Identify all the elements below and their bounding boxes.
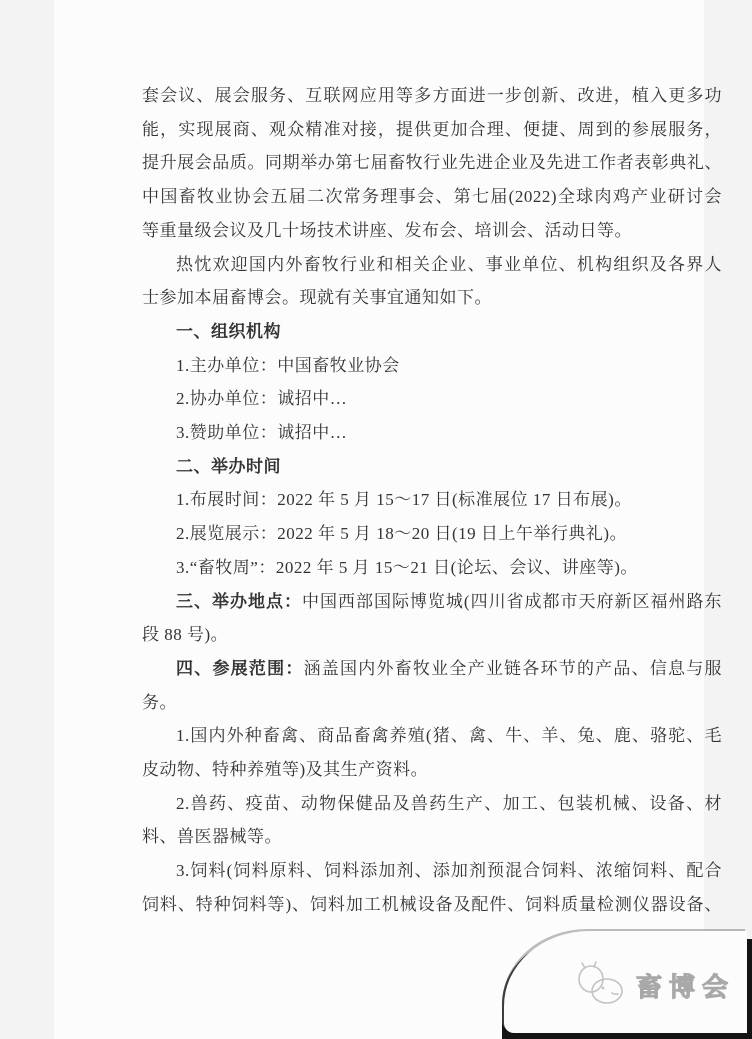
line-heading: 二、举办时间	[176, 457, 281, 476]
document-line: 三、举办地点：中国西部国际博览城(四川省成都市天府新区福州路东	[142, 585, 722, 619]
document-line: 1.国内外种畜禽、商品畜禽养殖(猪、禽、牛、羊、兔、鹿、骆驼、毛	[142, 719, 722, 753]
document-line: 3.赞助单位：诚招中…	[142, 416, 722, 450]
watermark-text: 畜博会	[636, 967, 735, 1004]
page-curl-watermark: 畜博会	[502, 939, 752, 1039]
document-line: 2.展览展示：2022 年 5 月 18～20 日(19 日上午举行典礼)。	[142, 517, 722, 551]
document-line: 中国畜牧业协会五届二次常务理事会、第七届(2022)全球肉鸡产业研讨会	[142, 180, 722, 214]
document-line: 务。	[142, 686, 722, 720]
line-heading: 四、参展范围：	[176, 659, 304, 678]
document-body: 套会议、展会服务、互联网应用等多方面进一步创新、改进，植入更多功能，实现展商、观…	[142, 79, 722, 922]
document-line: 热忱欢迎国内外畜牧行业和相关企业、事业单位、机构组织及各界人	[142, 248, 722, 282]
document-line: 一、组织机构	[142, 315, 722, 349]
document-line: 1.主办单位：中国畜牧业协会	[142, 349, 722, 383]
watermark-card: 畜博会	[504, 931, 747, 1033]
document-line: 3.饲料(饲料原料、饲料添加剂、添加剂预混合饲料、浓缩饲料、配合	[142, 854, 722, 888]
document-line: 1.布展时间：2022 年 5 月 15～17 日(标准展位 17 日布展)。	[142, 483, 722, 517]
document-line: 料、兽医器械等。	[142, 820, 722, 854]
document-line: 四、参展范围：涵盖国内外畜牧业全产业链各环节的产品、信息与服	[142, 652, 722, 686]
document-line: 等重量级会议及几十场技术讲座、发布会、培训会、活动日等。	[142, 214, 722, 248]
document-line: 皮动物、特种养殖等)及其生产资料。	[142, 753, 722, 787]
document-line: 士参加本届畜博会。现就有关事宜通知如下。	[142, 281, 722, 315]
document-line: 提升展会品质。同期举办第七届畜牧行业先进企业及先进工作者表彰典礼、	[142, 146, 722, 180]
line-heading: 一、组织机构	[176, 322, 281, 341]
mascot-logo-icon	[572, 961, 628, 1011]
document-line: 二、举办时间	[142, 450, 722, 484]
document-line: 2.协办单位：诚招中…	[142, 382, 722, 416]
line-heading: 三、举办地点：	[176, 592, 302, 611]
document-line: 3.“畜牧周”：2022 年 5 月 15～21 日(论坛、会议、讲座等)。	[142, 551, 722, 585]
document-line: 套会议、展会服务、互联网应用等多方面进一步创新、改进，植入更多功	[142, 79, 722, 113]
document-line: 2.兽药、疫苗、动物保健品及兽药生产、加工、包装机械、设备、材	[142, 787, 722, 821]
document-page: 套会议、展会服务、互联网应用等多方面进一步创新、改进，植入更多功能，实现展商、观…	[54, 0, 704, 1039]
document-line: 饲料、特种饲料等)、饲料加工机械设备及配件、饲料质量检测仪器设备、	[142, 888, 722, 922]
document-line: 段 88 号)。	[142, 618, 722, 652]
document-line: 能，实现展商、观众精准对接，提供更加合理、便捷、周到的参展服务，	[142, 113, 722, 147]
